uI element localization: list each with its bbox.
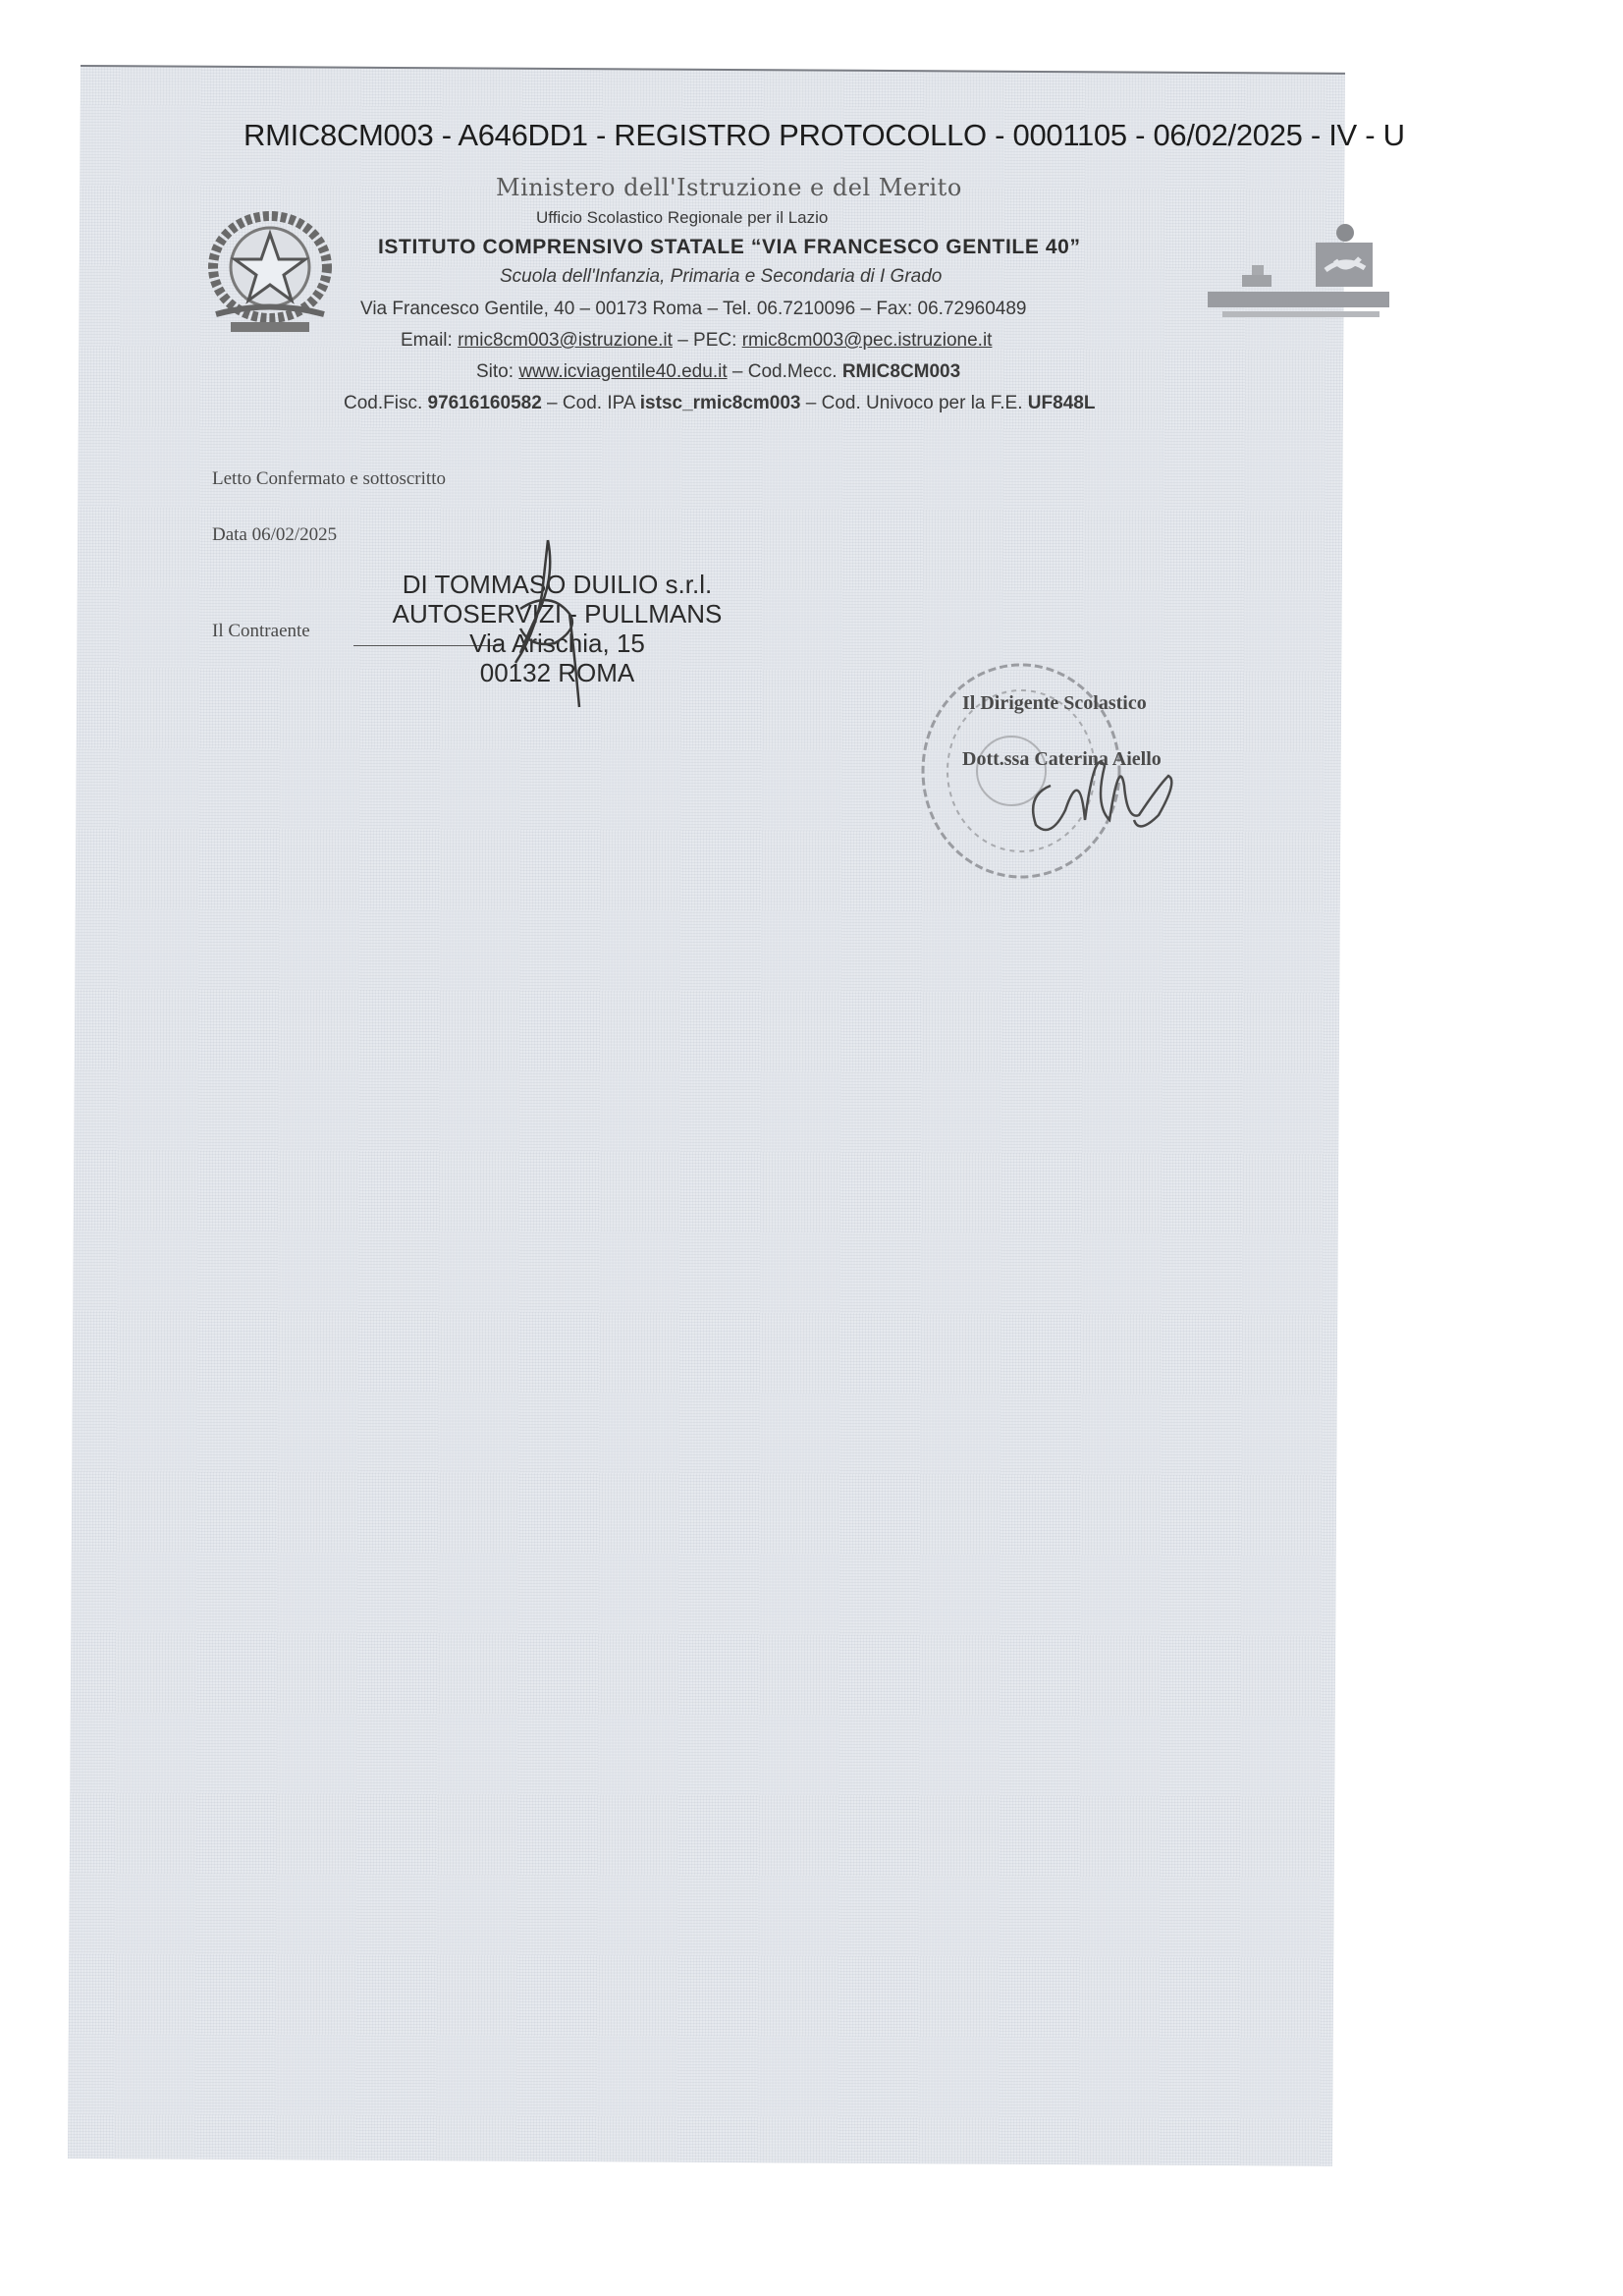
protocol-header: RMIC8CM003 - A646DD1 - REGISTRO PROTOCOL… — [243, 118, 1405, 153]
principal-signature-icon — [1011, 727, 1188, 845]
institute-name: ISTITUTO COMPRENSIVO STATALE “VIA FRANCE… — [378, 236, 1081, 259]
site-link[interactable]: www.icviagentile40.edu.it — [518, 361, 727, 382]
principal-title: Il Dirigente Scolastico — [962, 692, 1147, 715]
contractor-signature-icon — [461, 535, 628, 712]
contractor-label: Il Contraente — [212, 621, 310, 642]
ministry-name: Ministero dell'Istruzione e del Merito — [496, 174, 962, 201]
univoco-code: UF848L — [1028, 393, 1096, 413]
ipa-code: istsc_rmic8cm003 — [640, 393, 801, 413]
site-line: Sito: www.icviagentile40.edu.it – Cod.Me… — [476, 361, 960, 383]
pec-link[interactable]: rmic8cm003@pec.istruzione.it — [742, 330, 993, 351]
document-date: Data 06/02/2025 — [212, 524, 337, 546]
mecc-code: RMIC8CM003 — [842, 361, 960, 382]
codes-line: Cod.Fisc. 97616160582 – Cod. IPA istsc_r… — [344, 393, 1095, 414]
pec-label: – PEC: — [673, 330, 742, 351]
site-label: Sito: — [476, 361, 518, 382]
school-address: Via Francesco Gentile, 40 – 00173 Roma –… — [360, 299, 1027, 320]
email-label: Email: — [401, 330, 458, 351]
fisc-code: 97616160582 — [428, 393, 542, 413]
italian-republic-emblem-icon — [196, 206, 344, 344]
ipa-label: – Cod. IPA — [542, 393, 640, 413]
mecc-label: – Cod.Mecc. — [728, 361, 842, 382]
confirmation-text: Letto Confermato e sottoscritto — [212, 468, 446, 490]
fisc-label: Cod.Fisc. — [344, 393, 428, 413]
school-logo-icon — [1203, 221, 1394, 324]
contact-emails: Email: rmic8cm003@istruzione.it – PEC: r… — [401, 330, 992, 352]
univoco-label: – Cod. Univoco per la F.E. — [801, 393, 1028, 413]
email-link[interactable]: rmic8cm003@istruzione.it — [458, 330, 673, 351]
school-type: Scuola dell'Infanzia, Primaria e Seconda… — [500, 266, 942, 288]
regional-office: Ufficio Scolastico Regionale per il Lazi… — [536, 208, 828, 228]
